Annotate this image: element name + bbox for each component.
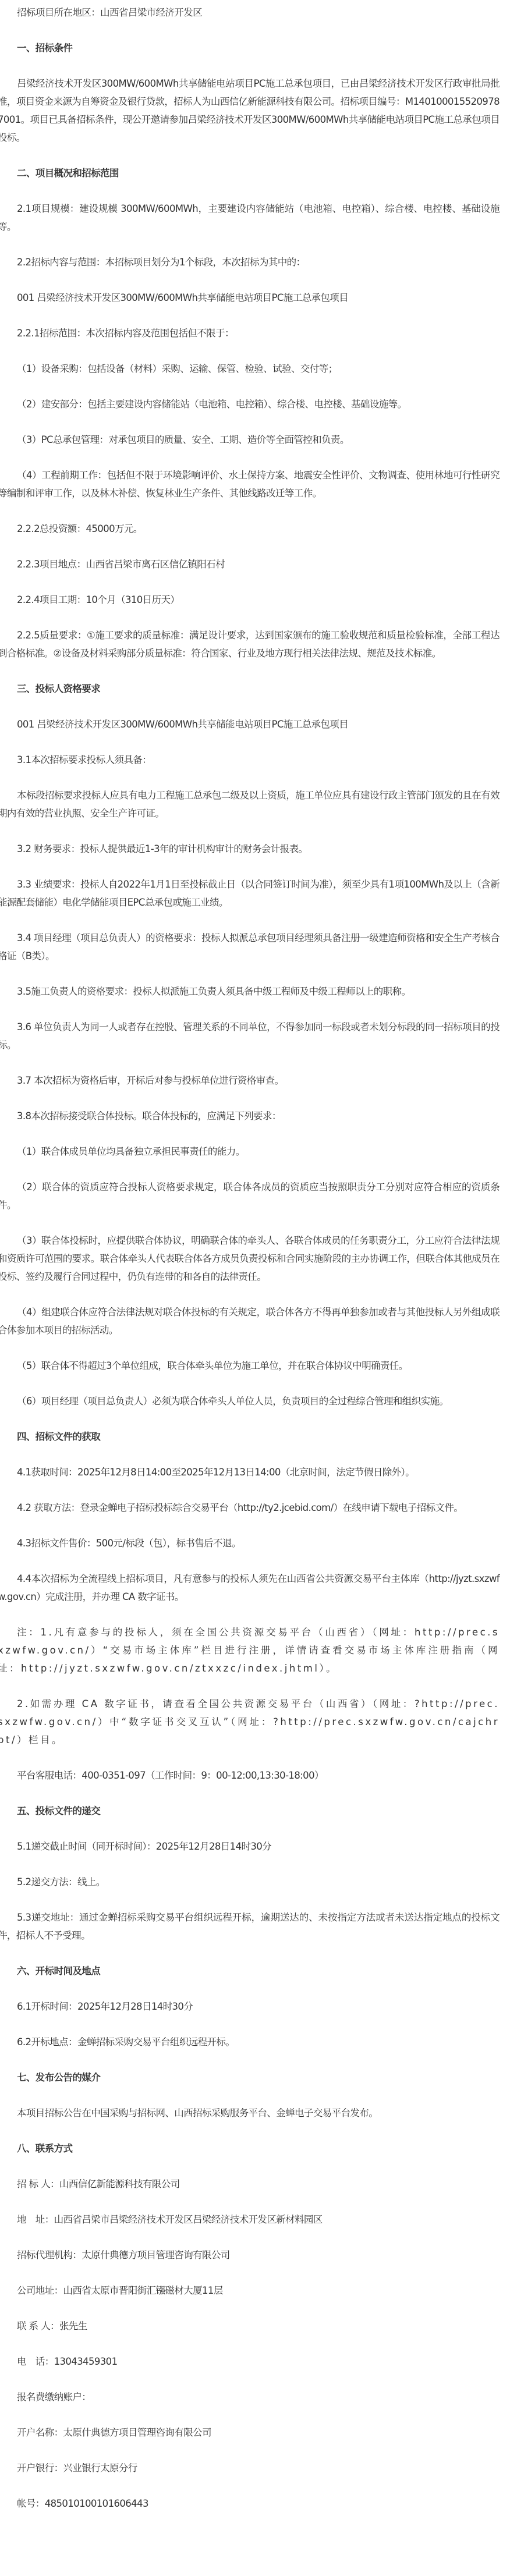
- paragraph: （5）联合体不得超过3个单位组成，联合体牵头单位为施工单位，并在联合体协议中明确…: [0, 1357, 500, 1375]
- paragraph: （2）建安部分：包括主要建设内容储能站（电池箱、电控箱）、综合楼、电控楼、基础设…: [0, 395, 500, 413]
- paragraph: 本标段招标要求投标人应具有电力工程施工总承包二级及以上资质，施工单位应具有建设行…: [0, 786, 500, 822]
- section-heading-3: 三、投标人资格要求: [0, 680, 500, 698]
- paragraph: （2）联合体的资质应符合投标人资格要求规定，联合体各成员的资质应当按照职责分工分…: [0, 1178, 500, 1214]
- paragraph: （3）联合体投标时，应提供联合体协议，明确联合体的牵头人、各联合体成员的任务职责…: [0, 1232, 500, 1286]
- paragraph: 3.6 单位负责人为同一人或者存在控股、管理关系的不同单位，不得参加同一标段或者…: [0, 1018, 500, 1054]
- hotline-paragraph: 平台客服电话：400-0351-097（工作时间：9：00-12:00,13:3…: [0, 1766, 500, 1784]
- paragraph: 5.1递交截止时间（同开标时间）：2025年12月28日14时30分: [0, 1837, 500, 1855]
- paragraph: 001 吕梁经济技术开发区300MW/600MWh共享储能电站项目PC施工总承包…: [0, 289, 500, 307]
- paragraph: 4.3招标文件售价：500元/标段（包），标书售后不退。: [0, 1534, 500, 1552]
- paragraph: 2.2.2总投资额：45000万元。: [0, 520, 500, 538]
- section-heading-5: 五、投标文件的递交: [0, 1802, 500, 1820]
- paragraph: （4）组建联合体应符合法律法规对联合体投标的有关规定，联合体各方不得再单独参加或…: [0, 1303, 500, 1339]
- section-heading-8: 八、联系方式: [0, 2139, 500, 2158]
- note-paragraph: 2.如需办理 CA 数字证书，请查看全国公共资源交易平台（山西省）（网址：?ht…: [0, 1695, 500, 1749]
- paragraph: （6）项目经理（项目总负责人）必须为联合体牵头人单位人员，负责项目的全过程综合管…: [0, 1392, 500, 1410]
- paragraph: 2.2.4项目工期：10个月（310日历天）: [0, 591, 500, 609]
- paragraph: 本项目招标公告在中国采购与招标网、山西招标采购服务平台、金蝉电子交易平台发布。: [0, 2104, 500, 2122]
- paragraph: 2.2招标内容与范围：本招标项目划分为1个标段，本次招标为其中的：: [0, 253, 500, 271]
- paragraph: 6.1开标时间：2025年12月28日14时30分: [0, 1997, 500, 2016]
- contact-phone: 电 话：13043459301: [0, 2353, 500, 2371]
- note-paragraph: 注：1.凡有意参与的投标人，须在全国公共资源交易平台（山西省）（网址：http:…: [0, 1623, 500, 1677]
- paragraph: 2.2.5质量要求：①施工要求的质量标准：满足设计要求，达到国家颁布的施工验收规…: [0, 626, 500, 662]
- region-line: 招标项目所在地区：山西省吕梁市经济开发区: [0, 3, 500, 22]
- paragraph: 5.2递交方法：线上。: [0, 1873, 500, 1891]
- tender-announcement: 招标项目所在地区：山西省吕梁市经济开发区 一、招标条件 吕梁经济技术开发区300…: [0, 0, 500, 2530]
- paragraph: 4.4本次招标为全流程线上招标项目，凡有意参与的投标人须先在山西省公共资源交易平…: [0, 1570, 500, 1606]
- paragraph: （3）PC总承包管理：对承包项目的质量、安全、工期、造价等全面管控和负责。: [0, 431, 500, 449]
- account-name: 开户名称：太原什典德方项目管理咨询有限公司: [0, 2424, 500, 2442]
- contact-person: 联 系 人：张先生: [0, 2317, 500, 2335]
- paragraph: 3.2 财务要求：投标人提供最近1-3年的审计机构审计的财务会计报表。: [0, 840, 500, 858]
- paragraph: 3.3 业绩要求：投标人自2022年1月1日至投标截止日（以合同签订时间为准），…: [0, 875, 500, 911]
- fee-account-label: 报名费缴纳账户：: [0, 2388, 500, 2406]
- paragraph: （1）设备采购：包括设备（材料）采购、运输、保管、检验、试验、交付等；: [0, 360, 500, 378]
- paragraph: 3.4 项目经理（项目总负责人）的资格要求：投标人拟派总承包项目经理须具备注册一…: [0, 929, 500, 965]
- paragraph: 001 吕梁经济技术开发区300MW/600MWh共享储能电站项目PC施工总承包…: [0, 715, 500, 733]
- account-bank: 开户银行：兴业银行太原分行: [0, 2459, 500, 2477]
- paragraph: （4）工程前期工作：包括但不限于环境影响评价、水土保持方案、地震安全性评价、文物…: [0, 466, 500, 502]
- paragraph: 3.5施工负责人的资格要求：投标人拟派施工负责人须具备中级工程师及中级工程师以上…: [0, 982, 500, 1000]
- paragraph: 2.2.3项目地点：山西省吕梁市离石区信亿镇阳石村: [0, 555, 500, 573]
- paragraph: 3.7 本次招标为资格后审，开标后对参与投标单位进行资格审查。: [0, 1071, 500, 1090]
- paragraph: 3.1本次招标要求投标人须具备：: [0, 751, 500, 769]
- contact-agency: 招标代理机构：太原什典德方项目管理咨询有限公司: [0, 2246, 500, 2264]
- paragraph: 吕梁经济技术开发区300MW/600MWh共享储能电站项目PC施工总承包项目，已…: [0, 74, 500, 147]
- paragraph: 4.1获取时间：2025年12月8日14:00至2025年12月13日14:00…: [0, 1463, 500, 1481]
- paragraph: （1）联合体成员单位均具备独立承担民事责任的能力。: [0, 1142, 500, 1161]
- paragraph: 3.8本次招标接受联合体投标。联合体投标的，应满足下列要求：: [0, 1107, 500, 1125]
- paragraph: 2.1项目规模：建设规模 300MW/600MWh，主要建设内容储能站（电池箱、…: [0, 200, 500, 236]
- paragraph: 4.2 获取方法：登录金蝉电子招标投标综合交易平台（http://ty2.jce…: [0, 1499, 500, 1517]
- paragraph: 5.3递交地址：通过金蝉招标采购交易平台组织远程开标，逾期送达的、未按指定方法或…: [0, 1908, 500, 1945]
- section-heading-6: 六、开标时间及地点: [0, 1962, 500, 1980]
- paragraph: 6.2开标地点：金蝉招标采购交易平台组织远程开标。: [0, 2033, 500, 2051]
- contact-tenderer: 招 标 人：山西信亿新能源科技有限公司: [0, 2175, 500, 2193]
- contact-agency-address: 公司地址：山西省太原市晋阳街汇镪磁材大厦11层: [0, 2282, 500, 2300]
- paragraph: 2.2.1招标范围：本次招标内容及范围包括但不限于：: [0, 324, 500, 342]
- section-heading-2: 二、项目概况和招标范围: [0, 164, 500, 182]
- contact-address: 地 址：山西省吕梁市吕梁经济技术开发区吕梁经济技术开发区新材料园区: [0, 2210, 500, 2229]
- section-heading-4: 四、招标文件的获取: [0, 1428, 500, 1446]
- section-heading-7: 七、发布公告的媒介: [0, 2068, 500, 2087]
- account-number: 帐号：485010100101606443: [0, 2495, 500, 2513]
- section-heading-1: 一、招标条件: [0, 39, 500, 57]
